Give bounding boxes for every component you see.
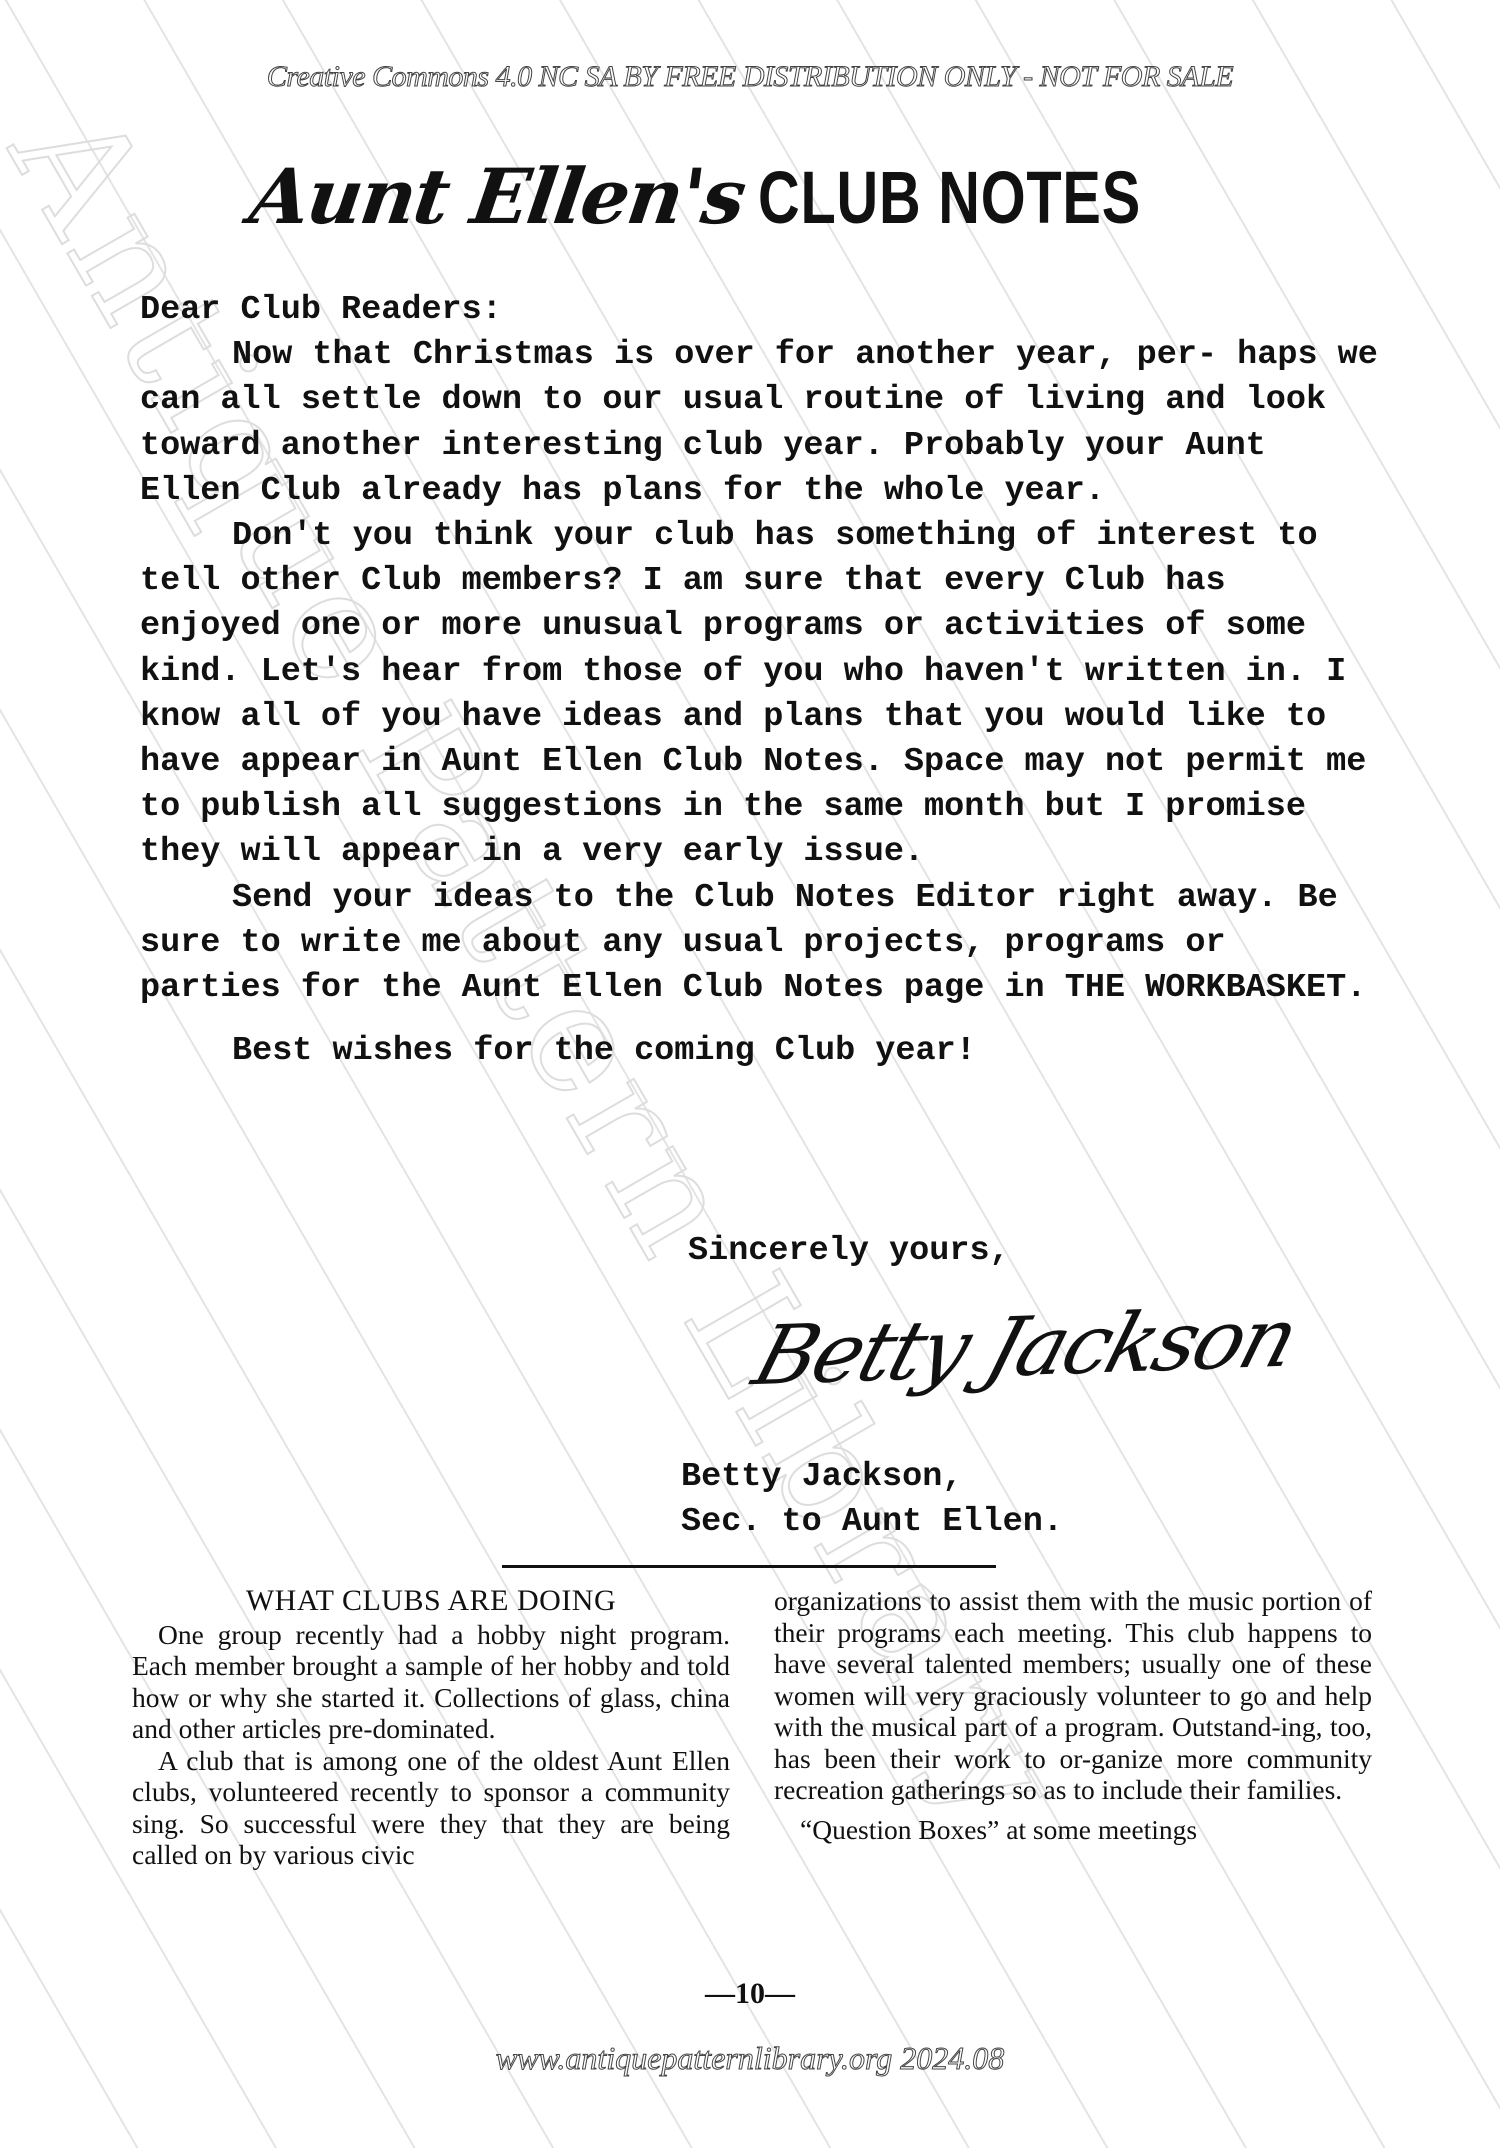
clubs-section: WHAT CLUBS ARE DOING One group recently … <box>132 1585 1372 1871</box>
section-heading: WHAT CLUBS ARE DOING <box>132 1585 730 1617</box>
salutation: Dear Club Readers: <box>140 288 1380 333</box>
column-right: organizations to assist them with the mu… <box>774 1585 1372 1871</box>
section-divider <box>502 1565 996 1568</box>
letter-paragraph: Send your ideas to the Club Notes Editor… <box>140 876 1380 1012</box>
footer-watermark: www.antiquepatternlibrary.org 2024.08 <box>0 2040 1500 2077</box>
letter-paragraph: Don't you think your club has something … <box>140 514 1380 876</box>
signer-title: Sec. to Aunt Ellen. <box>681 1500 1063 1545</box>
title-caps: CLUB NOTES <box>758 155 1141 240</box>
column-paragraph: organizations to assist them with the mu… <box>774 1585 1372 1806</box>
letter-paragraph: Now that Christmas is over for another y… <box>140 333 1380 514</box>
column-paragraph: “Question Boxes” at some meetings <box>774 1814 1372 1846</box>
signer-block: Betty Jackson, Sec. to Aunt Ellen. <box>681 1455 1063 1545</box>
handwritten-signature: Betty Jackson <box>743 1291 1306 1404</box>
letter-body: Dear Club Readers: Now that Christmas is… <box>140 288 1380 1074</box>
column-paragraph: One group recently had a hobby night pro… <box>132 1619 730 1745</box>
license-watermark: Creative Commons 4.0 NC SA BY FREE DISTR… <box>0 60 1500 94</box>
closing: Sincerely yours, <box>688 1232 1010 1270</box>
signer-name: Betty Jackson, <box>681 1455 1063 1500</box>
page-title: Aunt Ellen'sCLUB NOTES <box>0 152 1500 241</box>
title-script: Aunt Ellen's <box>245 152 750 241</box>
best-wishes: Best wishes for the coming Club year! <box>140 1029 1380 1074</box>
column-paragraph: A club that is among one of the oldest A… <box>132 1745 730 1871</box>
page-number: —10— <box>0 1977 1500 2011</box>
column-left: WHAT CLUBS ARE DOING One group recently … <box>132 1585 730 1871</box>
